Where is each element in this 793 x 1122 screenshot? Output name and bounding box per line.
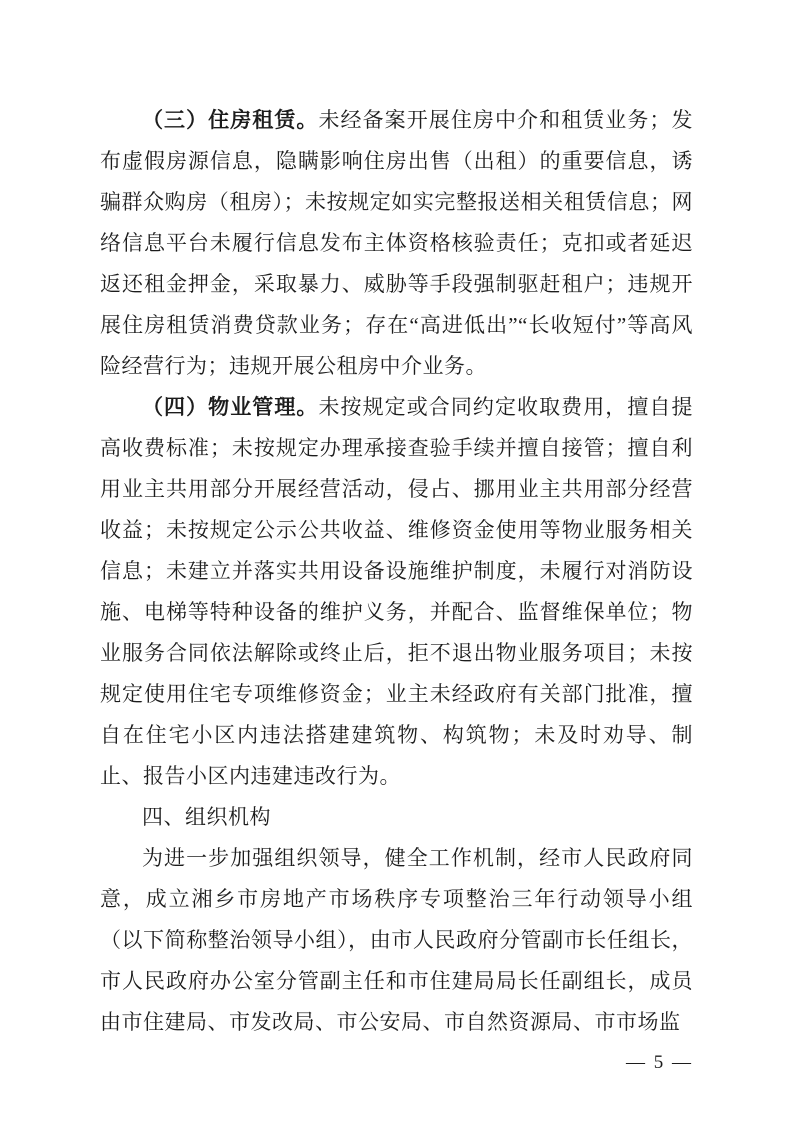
section-heading-organization: 四、组织机构 [100, 797, 693, 838]
document-body: （三）住房租赁。未经备案开展住房中介和租赁业务；发布虚假房源信息，隐瞒影响住房出… [100, 100, 693, 1043]
paragraph-property-management-text: 未按规定或合同约定收取费用，擅自提高收费标准；未按规定办理承接查验手续并擅自接管… [100, 395, 693, 788]
paragraph-housing-rental-text: 未经备案开展住房中介和租赁业务；发布虚假房源信息，隐瞒影响住房出售（出租）的重要… [100, 108, 693, 378]
paragraph-property-management: （四）物业管理。未按规定或合同约定收取费用，擅自提高收费标准；未按规定办理承接查… [100, 387, 693, 797]
paragraph-housing-rental: （三）住房租赁。未经备案开展住房中介和租赁业务；发布虚假房源信息，隐瞒影响住房出… [100, 100, 693, 387]
document-page: （三）住房租赁。未经备案开展住房中介和租赁业务；发布虚假房源信息，隐瞒影响住房出… [0, 0, 793, 1122]
paragraph-organization-body: 为进一步加强组织领导，健全工作机制，经市人民政府同意，成立湘乡市房地产市场秩序专… [100, 838, 693, 1043]
paragraph-property-management-lead: （四）物业管理。 [142, 395, 319, 419]
paragraph-housing-rental-lead: （三）住房租赁。 [142, 108, 319, 132]
page-number: — 5 — [626, 1052, 693, 1074]
